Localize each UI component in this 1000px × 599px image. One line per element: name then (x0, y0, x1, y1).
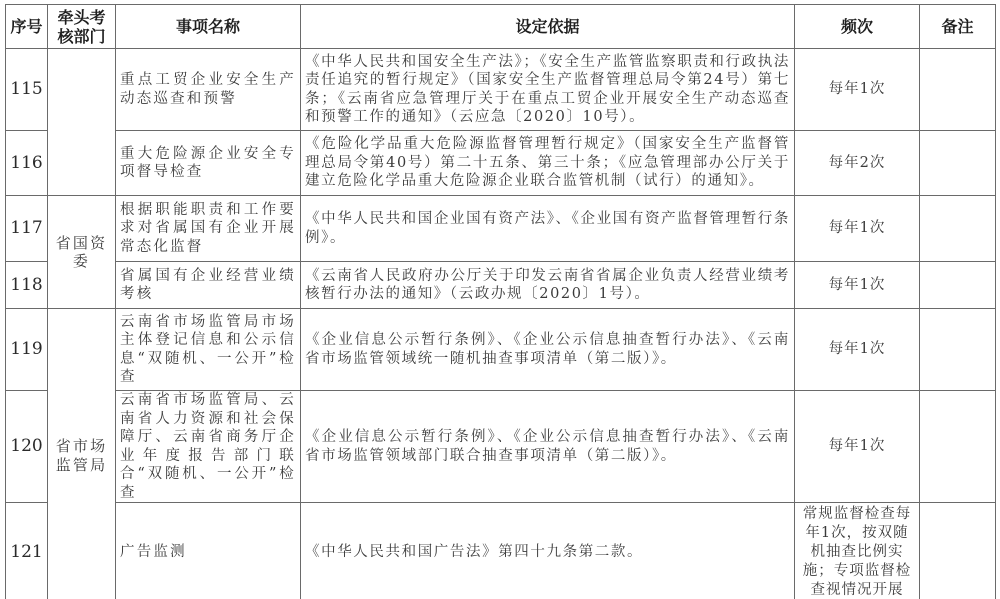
row-item: 云南省市场监管局、云南省人力资源和社会保障厅、云南省商务厅企业年度报告部门联合“… (116, 391, 301, 503)
row-note (920, 309, 996, 391)
inspection-items-table: 序号 牵头考核部门 事项名称 设定依据 频次 备注 115 重点工贸企业安全生产… (5, 4, 996, 599)
table-header-row: 序号 牵头考核部门 事项名称 设定依据 频次 备注 (6, 5, 996, 49)
table-row: 120 云南省市场监管局、云南省人力资源和社会保障厅、云南省商务厅企业年度报告部… (6, 391, 996, 503)
row-item: 根据职能职责和工作要求对省属国有企业开展常态化监督 (116, 196, 301, 262)
row-note (920, 503, 996, 599)
row-note (920, 196, 996, 262)
row-seq: 121 (6, 503, 48, 599)
row-basis: 《企业信息公示暂行条例》、《企业公示信息抽查暂行办法》、《云南省市场监管领域部门… (301, 391, 795, 503)
row-freq: 常规监督检查每年1次，按双随机抽查比例实施；专项监督检查视情况开展 (795, 503, 920, 599)
row-basis: 《中华人民共和国安全生产法》；《安全生产监管监察职责和行政执法责任追究的暂行规定… (301, 49, 795, 131)
table-row: 117 省国资委 根据职能职责和工作要求对省属国有企业开展常态化监督 《中华人民… (6, 196, 996, 262)
row-note (920, 131, 996, 196)
row-dept: 省国资委 (48, 196, 116, 309)
row-item: 重点工贸企业安全生产动态巡查和预警 (116, 49, 301, 131)
row-seq: 118 (6, 262, 48, 309)
header-seq: 序号 (6, 5, 48, 49)
table-row: 115 重点工贸企业安全生产动态巡查和预警 《中华人民共和国安全生产法》；《安全… (6, 49, 996, 131)
header-note: 备注 (920, 5, 996, 49)
row-basis: 《中华人民共和国广告法》第四十九条第二款。 (301, 503, 795, 599)
row-seq: 120 (6, 391, 48, 503)
row-basis: 《中华人民共和国企业国有资产法》、《企业国有资产监督管理暂行条例》。 (301, 196, 795, 262)
row-item: 省属国有企业经营业绩考核 (116, 262, 301, 309)
table-row: 118 省属国有企业经营业绩考核 《云南省人民政府办公厅关于印发云南省省属企业负… (6, 262, 996, 309)
row-basis: 《企业信息公示暂行条例》、《企业公示信息抽查暂行办法》、《云南省市场监管领域统一… (301, 309, 795, 391)
row-freq: 每年1次 (795, 49, 920, 131)
row-note (920, 49, 996, 131)
row-seq: 115 (6, 49, 48, 131)
row-note (920, 262, 996, 309)
row-seq: 119 (6, 309, 48, 391)
table-row: 116 重大危险源企业安全专项督导检查 《危险化学品重大危险源监督管理暂行规定》… (6, 131, 996, 196)
header-basis: 设定依据 (301, 5, 795, 49)
row-freq: 每年1次 (795, 391, 920, 503)
table-row: 119 省市场监管局 云南省市场监管局市场主体登记信息和公示信息“双随机、一公开… (6, 309, 996, 391)
row-note (920, 391, 996, 503)
row-basis: 《云南省人民政府办公厅关于印发云南省省属企业负责人经营业绩考核暂行办法的通知》（… (301, 262, 795, 309)
row-seq: 117 (6, 196, 48, 262)
row-dept: 省市场监管局 (48, 309, 116, 599)
row-item: 云南省市场监管局市场主体登记信息和公示信息“双随机、一公开”检查 (116, 309, 301, 391)
header-freq: 频次 (795, 5, 920, 49)
row-item: 重大危险源企业安全专项督导检查 (116, 131, 301, 196)
row-freq: 每年1次 (795, 196, 920, 262)
row-freq: 每年1次 (795, 262, 920, 309)
row-dept (48, 49, 116, 196)
header-item: 事项名称 (116, 5, 301, 49)
header-dept: 牵头考核部门 (48, 5, 116, 49)
row-freq: 每年1次 (795, 309, 920, 391)
row-seq: 116 (6, 131, 48, 196)
table-row: 121 广告监测 《中华人民共和国广告法》第四十九条第二款。 常规监督检查每年1… (6, 503, 996, 599)
row-freq: 每年2次 (795, 131, 920, 196)
row-basis: 《危险化学品重大危险源监督管理暂行规定》（国家安全生产监督管理总局令第40号）第… (301, 131, 795, 196)
row-item: 广告监测 (116, 503, 301, 599)
